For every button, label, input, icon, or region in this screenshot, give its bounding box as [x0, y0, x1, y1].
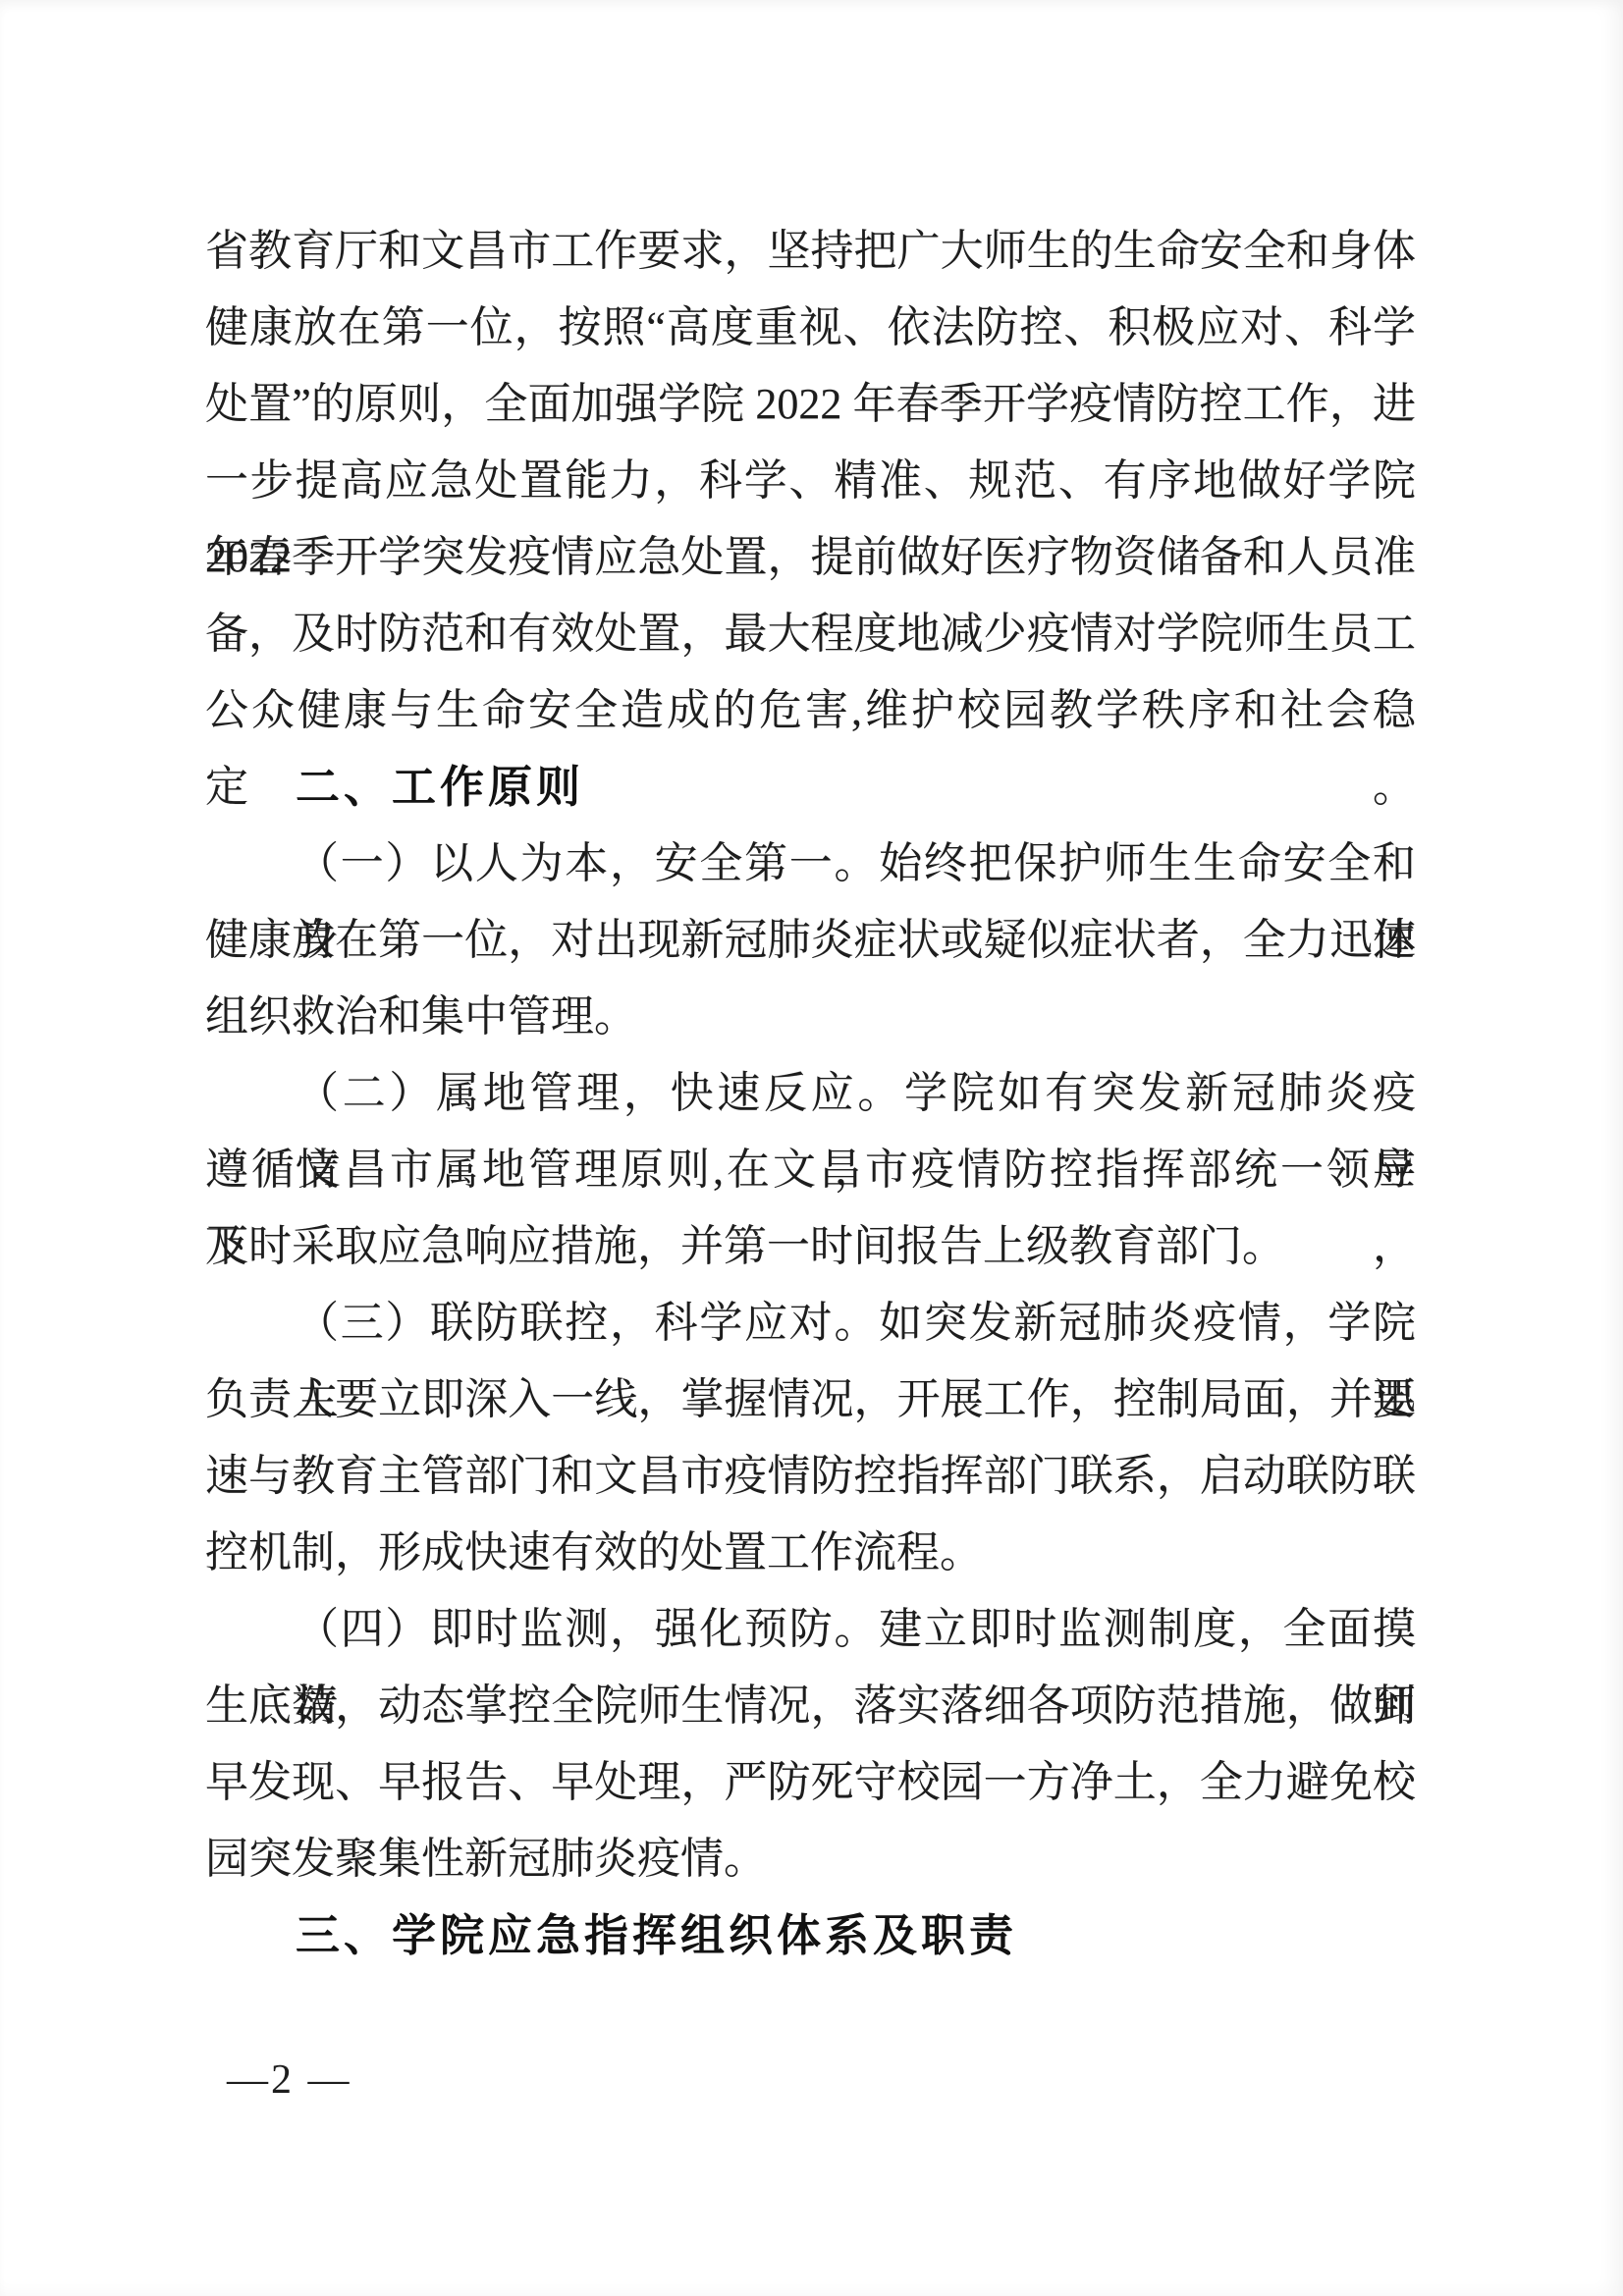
text-line: （一）以人为本，安全第一。始终把保护师生生命安全和身体	[205, 826, 1416, 902]
text-line: 控机制，形成快速有效的处置工作流程。	[205, 1515, 1416, 1591]
document-page: 省教育厅和文昌市工作要求，坚持把广大师生的生命安全和身体健康放在第一位，按照“高…	[0, 0, 1623, 2296]
text-line: （四）即时监测，强化预防。建立即时监测制度，全面摸清师	[205, 1591, 1416, 1668]
text-line: 组织救治和集中管理。	[205, 979, 1416, 1055]
text-line: 省教育厅和文昌市工作要求，坚持把广大师生的生命安全和身体	[205, 213, 1416, 290]
text-line: 处置”的原则，全面加强学院 2022 年春季开学疫情防控工作，进	[205, 366, 1416, 443]
text-line: 速与教育主管部门和文昌市疫情防控指挥部门联系，启动联防联	[205, 1438, 1416, 1515]
page-number: —2 —	[227, 2051, 352, 2109]
text-line: 备，及时防范和有效处置，最大程度地减少疫情对学院师生员工	[205, 596, 1416, 672]
text-line: 健康放在第一位，按照“高度重视、依法防控、积极应对、科学	[205, 290, 1416, 366]
text-line: （二）属地管理，快速反应。学院如有突发新冠肺炎疫情，应	[205, 1055, 1416, 1132]
text-line: 年春季开学突发疫情应急处置，提前做好医疗物资储备和人员准	[205, 519, 1416, 596]
section-heading: 三、学院应急指挥组织体系及职责	[205, 1897, 1416, 1974]
text-line: 一步提高应急处置能力，科学、精准、规范、有序地做好学院 2022	[205, 443, 1416, 519]
text-line: 健康放在第一位，对出现新冠肺炎症状或疑似症状者，全力迅速	[205, 902, 1416, 979]
text-line: 早发现、早报告、早处理，严防死守校园一方净土，全力避免校	[205, 1744, 1416, 1821]
text-line: （三）联防联控，科学应对。如突发新冠肺炎疫情，学院主要	[205, 1285, 1416, 1362]
text-line: 公众健康与生命安全造成的危害,维护校园教学秩序和社会稳定。	[205, 672, 1416, 749]
text-line: 园突发聚集性新冠肺炎疫情。	[205, 1821, 1416, 1897]
text-line: 及时采取应急响应措施，并第一时间报告上级教育部门。	[205, 1208, 1416, 1285]
text-line: 生底数，动态掌控全院师生情况，落实落细各项防范措施，做到	[205, 1668, 1416, 1744]
text-line: 负责人要立即深入一线，掌握情况，开展工作，控制局面，并迅	[205, 1362, 1416, 1438]
text-block: 省教育厅和文昌市工作要求，坚持把广大师生的生命安全和身体健康放在第一位，按照“高…	[205, 213, 1416, 1974]
text-line: 遵循文昌市属地管理原则,在文昌市疫情防控指挥部统一领导下，	[205, 1132, 1416, 1208]
